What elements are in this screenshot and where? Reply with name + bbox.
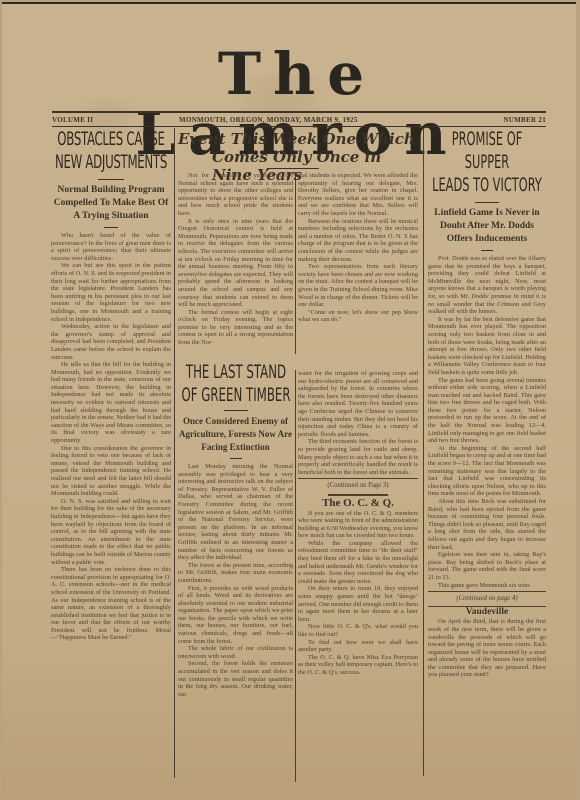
paragraph: The third economic function of the fores… bbox=[298, 438, 418, 476]
paragraph: "Come on now, let's show our pep Show wh… bbox=[298, 309, 418, 324]
date-label: MONMOUTH, OREGON, MONDAY, MARCH 9, 1925 bbox=[179, 116, 358, 124]
paragraph: Between the orations there will be music… bbox=[298, 218, 418, 264]
deck-obstacles: Normal Building Program Compelled To Mak… bbox=[51, 184, 171, 223]
paragraph: At the beginning of the second half Linf… bbox=[428, 445, 546, 498]
paragraph: On their return to room 10, they enjoyed… bbox=[298, 585, 418, 623]
headline-line: LEADS TO VICTORY bbox=[428, 174, 546, 197]
paragraph: Not for a number of years will the Norma… bbox=[178, 172, 293, 218]
short-rule bbox=[481, 250, 493, 251]
issue-number: NUMBER 21 bbox=[503, 116, 546, 124]
paragraph: He tells us that the bill for the buildi… bbox=[51, 361, 171, 445]
headline-line: PROMISE OF SUPPER bbox=[428, 128, 546, 174]
column-divider bbox=[174, 128, 175, 778]
paragraph: The game had been going several minutes … bbox=[428, 377, 546, 445]
divider-rule bbox=[428, 591, 546, 592]
dateline-bar: VOLUME II MONMOUTH, OREGON, MONDAY, MARC… bbox=[52, 114, 546, 126]
short-rule bbox=[104, 227, 118, 228]
paragraph: Last Monday morning the Normal assembly … bbox=[178, 463, 293, 562]
article-body: water for the irrigation of growing crop… bbox=[298, 370, 418, 476]
short-rule bbox=[475, 202, 499, 203]
paragraph: It is only once in nine years that the O… bbox=[178, 218, 293, 309]
paragraph: Due to this consideration the governor i… bbox=[51, 445, 171, 498]
short-rule bbox=[98, 179, 124, 180]
column-divider bbox=[295, 370, 296, 782]
newspaper-page: The Lamron VOLUME II MONMOUTH, OREGON, M… bbox=[2, 2, 576, 799]
paragraph: water for the irrigation of growing crop… bbox=[298, 370, 418, 438]
paragraph: Egelston was then sent in, taking Ray's … bbox=[428, 551, 546, 581]
continued-note[interactable]: (Continued on Page 3) bbox=[298, 482, 418, 490]
article-green-timber-cont: water for the irrigation of growing crop… bbox=[298, 370, 418, 677]
volume-label: VOLUME II bbox=[52, 116, 93, 124]
article-event-col-b: mal students is expected. We were afford… bbox=[298, 172, 418, 324]
paragraph: About this time Beck was substituted for… bbox=[428, 498, 546, 551]
paragraph: Two representatives from each literary s… bbox=[298, 263, 418, 309]
paragraph: While the company allowed the refreshmen… bbox=[298, 540, 418, 586]
paragraph: The whole fabric of our civilization is … bbox=[178, 645, 293, 660]
paragraph: Prof. Dodds was so elated over the Alban… bbox=[428, 255, 546, 316]
divider-rule bbox=[328, 494, 388, 496]
paragraph: Second, the forest holds the moisture ac… bbox=[178, 660, 293, 698]
divider-rule bbox=[298, 478, 418, 479]
headline-line: OF GREEN TIMBER bbox=[178, 384, 293, 407]
headline-vaudeville: Vaudeville bbox=[428, 609, 546, 617]
column-divider bbox=[295, 172, 296, 354]
headline-green-timber: THE LAST STAND OF GREEN TIMBER bbox=[178, 361, 293, 407]
paragraph: First, it provides us with wood products… bbox=[178, 585, 293, 646]
paragraph: There has been no violence done to this … bbox=[51, 566, 171, 642]
short-rule bbox=[267, 168, 319, 169]
article-body: Who hasn't heard of the value of perseve… bbox=[51, 232, 171, 642]
paragraph: Who hasn't heard of the value of perseve… bbox=[51, 232, 171, 262]
headline-line: NEW ADJUSTMENTS bbox=[51, 151, 171, 174]
paragraph: If you are one of the O. C. & Q. members… bbox=[298, 510, 418, 540]
headline-line: OBSTACLES CAUSE bbox=[51, 128, 171, 151]
deck-supper: Linfield Game Is Never in Doubt After Mr… bbox=[428, 207, 546, 246]
article-body: Last Monday morning the Normal assembly … bbox=[178, 463, 293, 698]
paragraph: Wednesday, action in the legislature and… bbox=[51, 323, 171, 361]
short-rule bbox=[230, 458, 242, 459]
paragraph: The formal contest will begin at eight o… bbox=[178, 309, 293, 347]
headline-line: Event This Week One Which bbox=[178, 130, 420, 148]
masthead-title: The Lamron bbox=[52, 44, 542, 104]
paragraph: On April the third, that is during the f… bbox=[428, 618, 546, 679]
paragraph: The O. C. & Q. have Miss Eva Perryman as… bbox=[298, 654, 418, 677]
headline-ocq: The O. C. & Q. bbox=[298, 500, 418, 508]
article-body: On April the third, that is during the f… bbox=[428, 618, 546, 679]
masthead-rule bbox=[52, 111, 546, 113]
paragraph: O. N. S. was satisfied and willing to wa… bbox=[51, 498, 171, 566]
article-body: If you are one of the O. C. & Q. members… bbox=[298, 510, 418, 677]
article-body: Prof. Dodds was so elated over the Alban… bbox=[428, 255, 546, 589]
paragraph: mal students is expected. We were afford… bbox=[298, 172, 418, 218]
dateline-rule bbox=[52, 126, 546, 127]
deck-green-timber: Once Considered Enemy of Agriculture, Fo… bbox=[178, 415, 293, 454]
continued-note[interactable]: (Continued on page 4) bbox=[428, 595, 546, 603]
paragraph: To find out how soon we shall have anoth… bbox=[298, 639, 418, 654]
article-obstacles: OBSTACLES CAUSE NEW ADJUSTMENTS Normal B… bbox=[51, 128, 171, 642]
article-event-col-a: Not for a number of years will the Norma… bbox=[178, 172, 293, 347]
paragraph: It was by far the best defensive game th… bbox=[428, 316, 546, 377]
headline-line: THE LAST STAND bbox=[178, 361, 293, 384]
paragraph: We can but see this spirit in the patien… bbox=[51, 262, 171, 323]
headline-obstacles: OBSTACLES CAUSE NEW ADJUSTMENTS bbox=[51, 128, 171, 174]
paragraph: The forest at the present time, accordin… bbox=[178, 562, 293, 585]
article-supper: PROMISE OF SUPPER LEADS TO VICTORY Linfi… bbox=[428, 128, 546, 679]
paragraph: Now little O. C. & Q's. what would you l… bbox=[298, 623, 418, 638]
short-rule bbox=[224, 410, 248, 411]
article-green-timber: THE LAST STAND OF GREEN TIMBER Once Cons… bbox=[178, 361, 293, 698]
headline-supper: PROMISE OF SUPPER LEADS TO VICTORY bbox=[428, 128, 546, 197]
column-divider bbox=[423, 128, 424, 776]
paragraph: This game gave Monmouth six wins bbox=[428, 582, 546, 590]
